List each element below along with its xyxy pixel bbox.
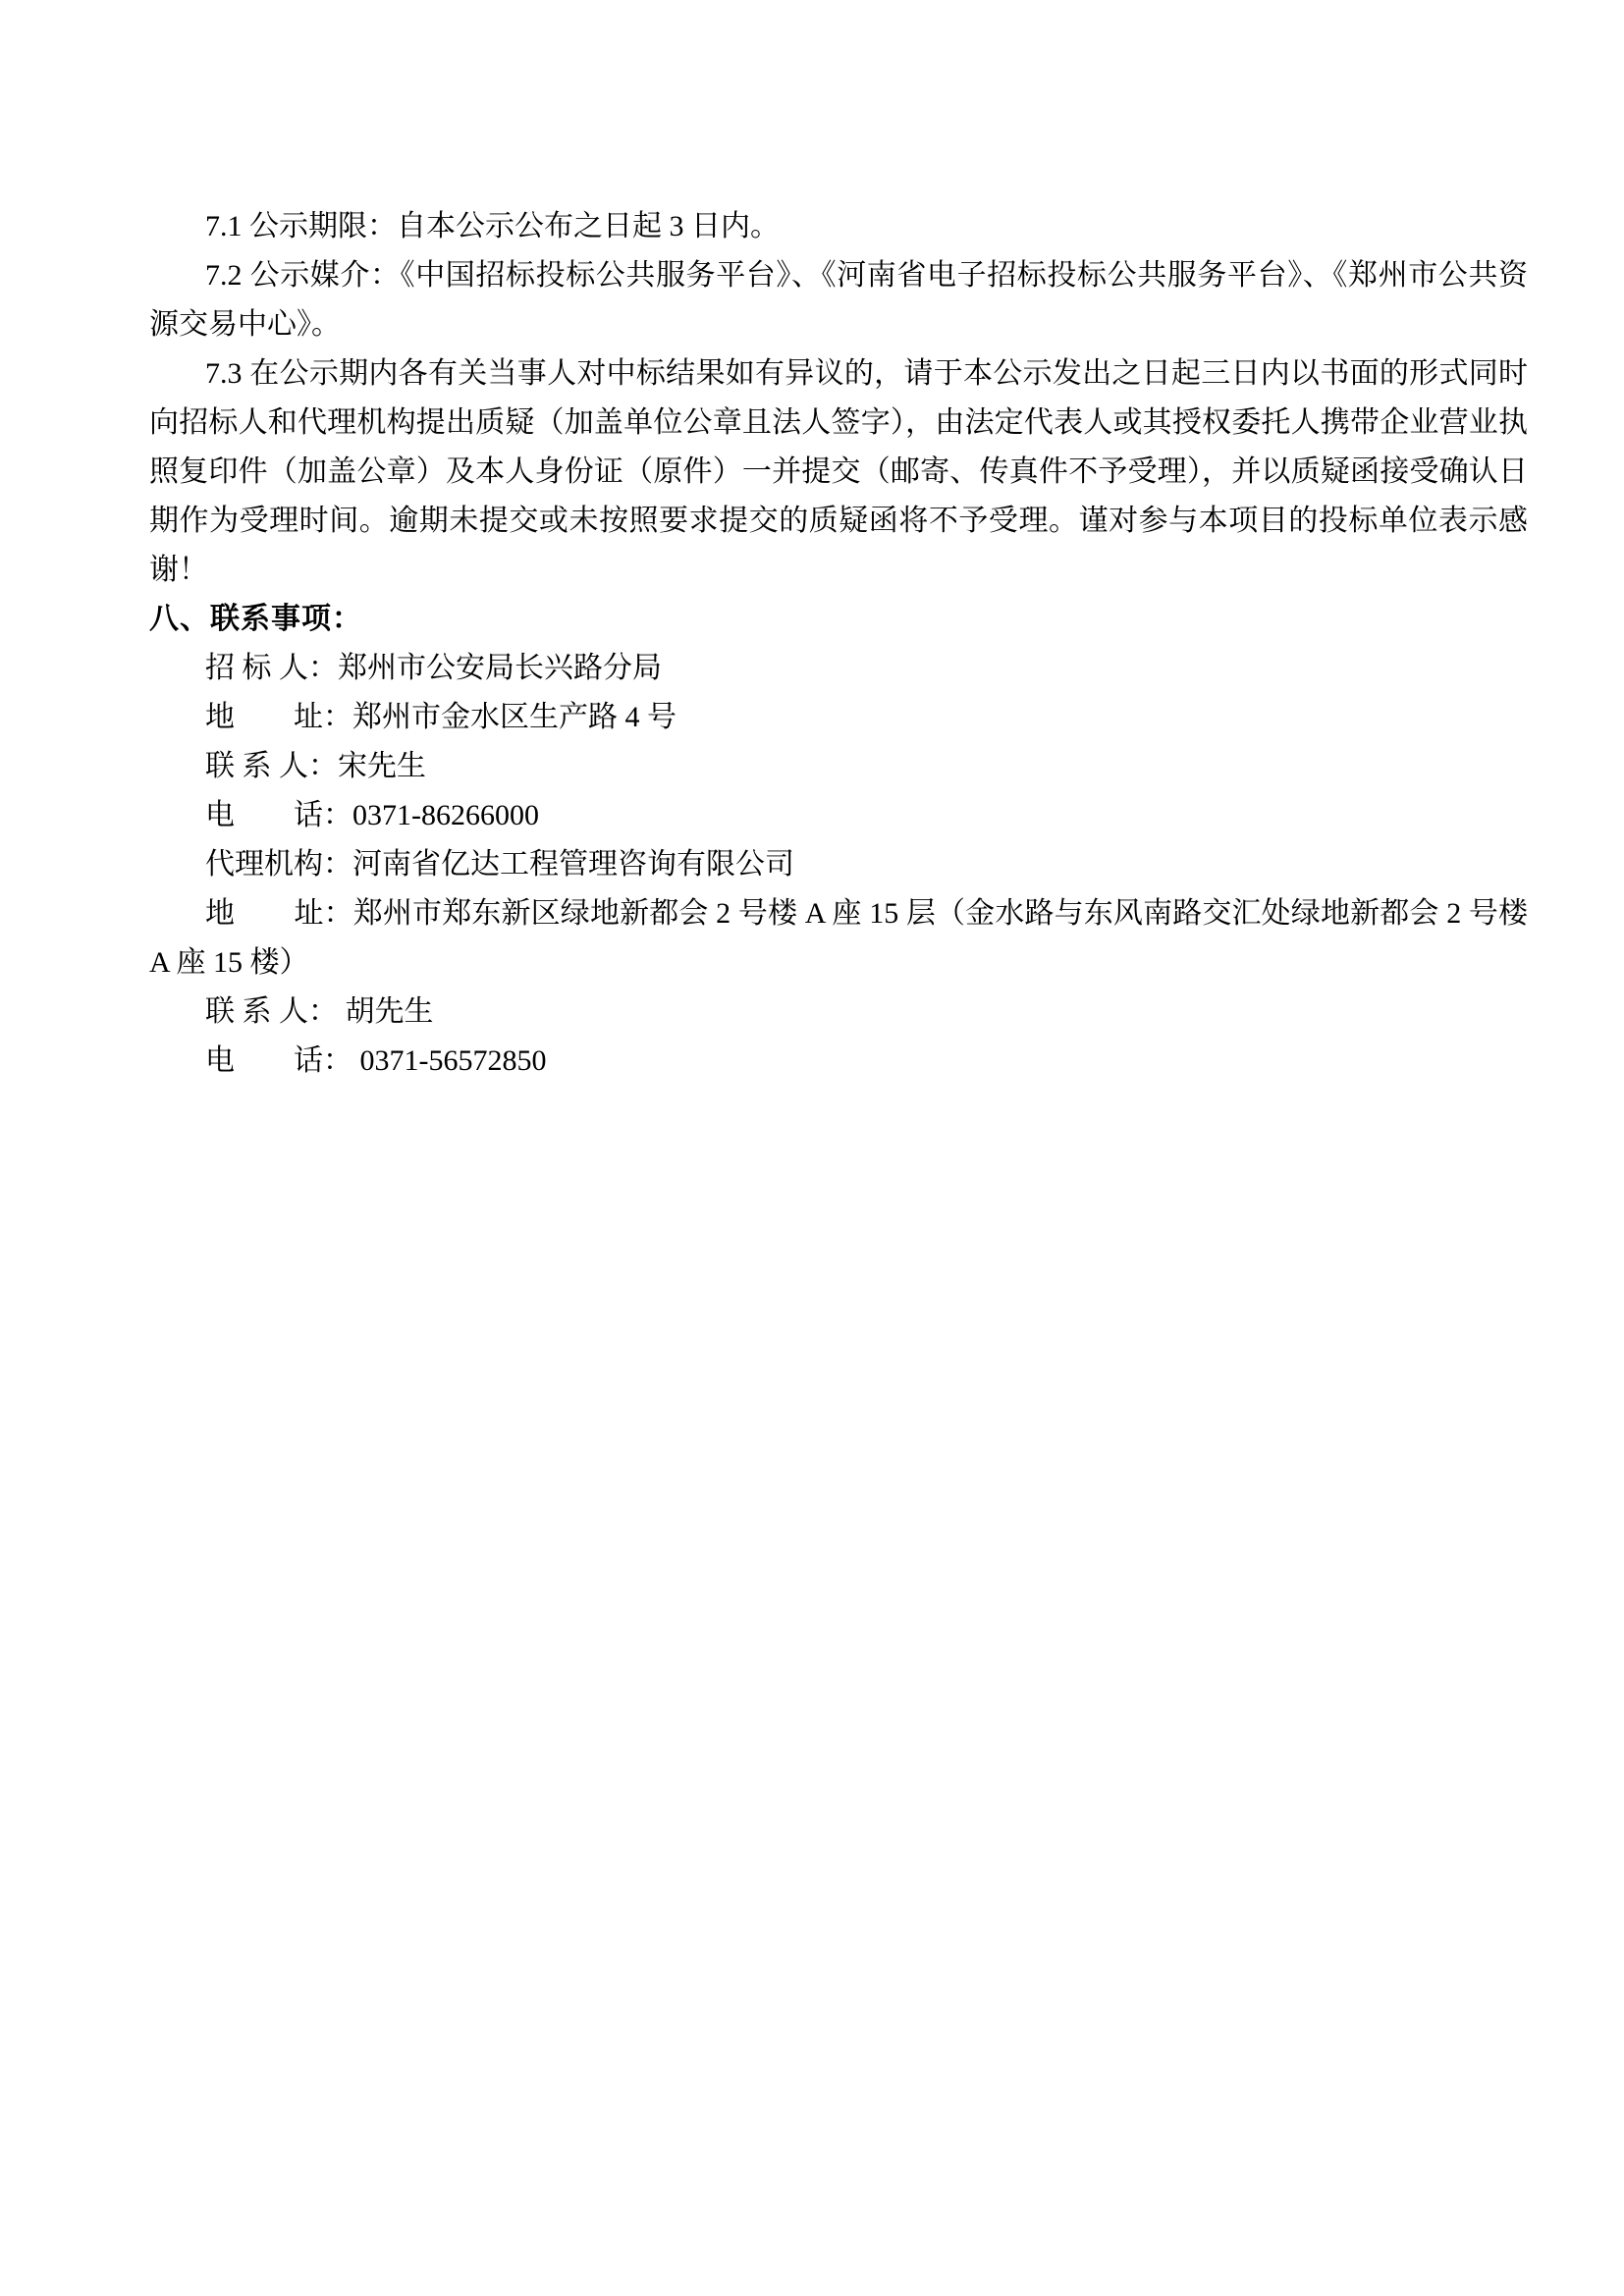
contact-label-agency-address: 地 址： [205, 897, 353, 930]
contact-line-tenderer-address: 地 址：郑州市金水区生产路 4 号 [149, 693, 1528, 742]
contact-label-tenderer-phone: 电 话： [205, 799, 352, 831]
paragraph-7-2: 7.2 公示媒介：《中国招标投标公共服务平台》、《河南省电子招标投标公共服务平台… [149, 251, 1528, 349]
paragraph-7-3: 7.3 在公示期内各有关当事人对中标结果如有异议的，请于本公示发出之日起三日内以… [149, 349, 1528, 595]
contact-label-tenderer-person: 联 系 人： [205, 750, 338, 782]
contact-value-tenderer-person: 宋先生 [338, 750, 426, 782]
contact-line-tenderer-phone: 电 话：0371-86266000 [149, 791, 1528, 840]
document-page: 7.1 公示期限：自本公示公布之日起 3 日内。 7.2 公示媒介：《中国招标投… [0, 0, 1624, 2296]
contact-value-agency: 河南省亿达工程管理咨询有限公司 [352, 848, 794, 881]
contact-label-tenderer-address: 地 址： [205, 701, 352, 733]
contact-label-agency: 代理机构： [205, 848, 352, 881]
section-8-heading: 八、联系事项： [149, 595, 1528, 644]
contact-label-tenderer: 招 标 人： [205, 652, 338, 684]
contact-value-agency-phone: 0371-56572850 [352, 1044, 547, 1077]
document-content: 7.1 公示期限：自本公示公布之日起 3 日内。 7.2 公示媒介：《中国招标投… [149, 202, 1528, 1086]
contact-line-tenderer-person: 联 系 人：宋先生 [149, 742, 1528, 791]
contact-value-tenderer-address: 郑州市金水区生产路 4 号 [352, 701, 677, 733]
contact-value-tenderer-phone: 0371-86266000 [352, 799, 539, 831]
contact-value-tenderer: 郑州市公安局长兴路分局 [338, 652, 662, 684]
contact-label-agency-phone: 电 话： [205, 1044, 352, 1077]
contact-value-agency-address: 郑州市郑东新区绿地新都会 2 号楼 A 座 15 层（金水路与东风南路交汇处绿地… [149, 897, 1528, 979]
contact-value-agency-person: 胡先生 [338, 995, 434, 1028]
contact-line-agency-address: 地 址：郑州市郑东新区绿地新都会 2 号楼 A 座 15 层（金水路与东风南路交… [149, 889, 1528, 988]
paragraph-7-1: 7.1 公示期限：自本公示公布之日起 3 日内。 [149, 202, 1528, 251]
contact-line-agency-phone: 电 话： 0371-56572850 [149, 1037, 1528, 1086]
contact-label-agency-person: 联 系 人： [205, 995, 338, 1028]
contact-line-agency: 代理机构：河南省亿达工程管理咨询有限公司 [149, 840, 1528, 889]
contact-line-tenderer: 招 标 人：郑州市公安局长兴路分局 [149, 644, 1528, 693]
contact-line-agency-person: 联 系 人： 胡先生 [149, 988, 1528, 1037]
